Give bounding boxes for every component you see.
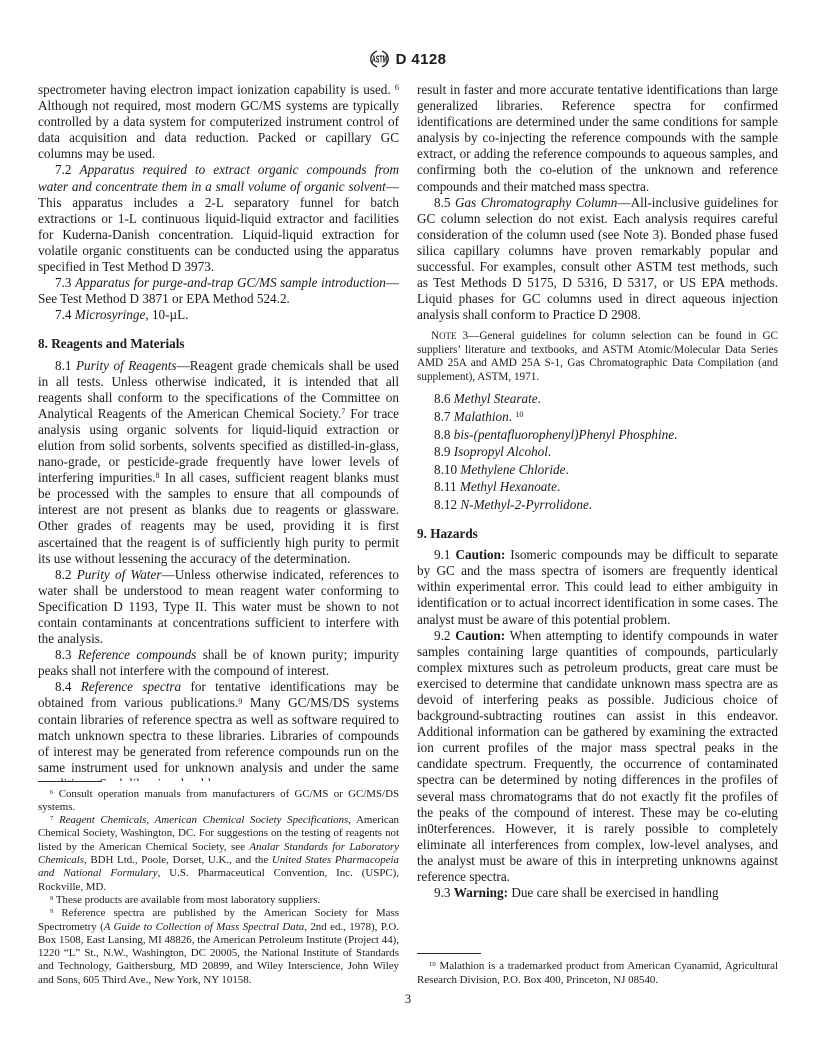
text-run: OTE [439, 331, 456, 341]
para-8-1: 8.1 Purity of Reagents—Reagent grade che… [38, 358, 399, 567]
doc-number: D 4128 [396, 51, 447, 68]
footnote-8: 8 These products are available from most… [38, 894, 399, 907]
two-column-body: spectrometer having electron impact ioni… [0, 68, 816, 987]
text-run: . [538, 391, 541, 406]
para-8-7: 8.7 Malathion. 10 [417, 409, 778, 425]
text-run: Methyl Stearate [454, 391, 538, 406]
text-run: 6 [395, 83, 399, 92]
left-column: spectrometer having electron impact ioni… [38, 82, 399, 987]
text-run: 8.3 [55, 647, 78, 662]
heading-section-8: 8. Reagents and Materials [38, 336, 399, 352]
text-run: Reference compounds [78, 647, 197, 662]
para-7-4: 7.4 Microsyringe, 10-µL. [38, 307, 399, 323]
text-run: 8. Reagents and Materials [38, 336, 185, 351]
text-run: 6 [50, 789, 53, 796]
text-run: 9.2 [434, 628, 455, 643]
text-run: . [557, 479, 560, 494]
text-run: Apparatus required to extract organic co… [38, 162, 399, 193]
right-footnotes: 10 Malathion is a trademarked product fr… [417, 953, 778, 987]
footnote-rule [417, 953, 481, 954]
para-8-6: 8.6 Methyl Stearate. [417, 391, 778, 407]
para-9-3: 9.3 Warning: Due care shall be exercised… [417, 885, 778, 901]
text-run: Methyl Hexanoate [460, 479, 557, 494]
text-run: Reference spectra [81, 679, 181, 694]
text-run: result in faster and more accurate tenta… [417, 82, 778, 194]
text-run: 8.1 [55, 358, 76, 373]
footnote-rule [38, 781, 102, 782]
text-run: 8.2 [55, 567, 77, 582]
text-run: Purity of Reagents [76, 358, 177, 373]
document-page: ASTM D 4128 spectrometer having electron… [0, 0, 816, 1056]
astm-logo-icon: ASTM [370, 50, 389, 68]
para-7-1-cont: spectrometer having electron impact ioni… [38, 82, 399, 162]
text-run: . [589, 497, 592, 512]
para-8-4: 8.4 Reference spectra for tentative iden… [38, 679, 399, 792]
text-run: Isopropyl Alcohol [454, 444, 548, 459]
text-run: 9.3 [434, 885, 454, 900]
text-run: 7.2 [55, 162, 80, 177]
text-run: . [548, 444, 551, 459]
text-run: spectrometer having electron impact ioni… [38, 82, 395, 97]
text-run: Apparatus for purge-and-trap GC/MS sampl… [75, 275, 386, 290]
heading-section-9: 9. Hazards [417, 526, 778, 542]
text-run: Malathion [454, 409, 509, 424]
text-run: 9. Hazards [417, 526, 478, 541]
text-run: Malathion is a trademarked product from … [417, 960, 778, 985]
text-run: Due care shall be exercised in handling [508, 885, 719, 900]
text-run: 3—General guidelines for column selectio… [417, 330, 778, 383]
text-run: 10 [515, 410, 523, 419]
text-run: 8.5 [434, 195, 455, 210]
text-run: 8 [50, 895, 53, 902]
text-run: When attempting to identify compounds in… [417, 628, 778, 884]
text-run: A Guide to Collection of Mass Spectral D… [104, 921, 304, 933]
footnote-6: 6 Consult operation manuals from manufac… [38, 788, 399, 815]
text-run: Caution: [455, 628, 505, 643]
text-run: Although not required, most modern GC/MS… [38, 98, 399, 161]
text-run: 8 [156, 471, 160, 480]
para-8-4-cont: result in faster and more accurate tenta… [417, 82, 778, 195]
footnote-9: 9 Reference spectra are published by the… [38, 907, 399, 987]
text-run: Reagent Chemicals, American Chemical Soc… [59, 814, 348, 826]
para-8-9: 8.9 Isopropyl Alcohol. [417, 444, 778, 460]
para-8-5: 8.5 Gas Chromatography Column—All-inclus… [417, 195, 778, 324]
text-run: 10 [429, 961, 436, 968]
note-3: NOTE 3—General guidelines for column sel… [417, 330, 778, 384]
text-run: , 10-µL. [145, 307, 188, 322]
para-8-3: 8.3 Reference compounds shall be of know… [38, 647, 399, 679]
para-8-11: 8.11 Methyl Hexanoate. [417, 479, 778, 495]
text-run: Warning: [454, 885, 508, 900]
text-run: Gas Chromatography Column [455, 195, 617, 210]
text-run: 7 [50, 815, 53, 822]
text-run: 8.8 [434, 427, 454, 442]
page-number: 3 [0, 992, 816, 1007]
footnote-10: 10 Malathion is a trademarked product fr… [417, 960, 778, 987]
text-run: These products are available from most l… [53, 894, 320, 906]
text-run: . [674, 427, 677, 442]
footnote-7: 7 Reagent Chemicals, American Chemical S… [38, 814, 399, 894]
text-run: 7 [341, 407, 345, 416]
right-column: result in faster and more accurate tenta… [417, 82, 778, 987]
text-run: Methylene Chloride [460, 462, 565, 477]
text-run: N-Methyl-2-Pyrrolidone [460, 497, 588, 512]
text-run: 9 [238, 697, 242, 706]
left-footnotes: 6 Consult operation manuals from manufac… [38, 781, 399, 987]
text-run: Microsyringe [75, 307, 146, 322]
para-7-2: 7.2 Apparatus required to extract organi… [38, 162, 399, 275]
text-run: 8.9 [434, 444, 454, 459]
text-run: 8.4 [55, 679, 81, 694]
text-run: Caution: [455, 547, 505, 562]
text-run: 9 [50, 908, 53, 915]
text-run: bis-(pentafluorophenyl)Phenyl Phosphine [454, 427, 674, 442]
para-9-2: 9.2 Caution: When attempting to identify… [417, 628, 778, 886]
text-run: 8.12 [434, 497, 460, 512]
svg-text:ASTM: ASTM [371, 54, 387, 65]
text-run: 8.6 [434, 391, 454, 406]
para-9-1: 9.1 Caution: Isomeric compounds may be d… [417, 547, 778, 627]
text-run: 7.3 [55, 275, 75, 290]
text-run: 8.7 [434, 409, 454, 424]
para-8-8: 8.8 bis-(pentafluorophenyl)Phenyl Phosph… [417, 427, 778, 443]
para-8-10: 8.10 Methylene Chloride. [417, 462, 778, 478]
text-run: . [565, 462, 568, 477]
para-7-3: 7.3 Apparatus for purge-and-trap GC/MS s… [38, 275, 399, 307]
text-run: Purity of Water [77, 567, 162, 582]
text-run: —All-inclusive guidelines for GC column … [417, 195, 778, 323]
para-8-12: 8.12 N-Methyl-2-Pyrrolidone. [417, 497, 778, 513]
text-run: 8.10 [434, 462, 460, 477]
text-run: , BDH Ltd., Poole, Dorset, U.K., and the [84, 854, 272, 866]
text-run: 8.11 [434, 479, 460, 494]
text-run: Consult operation manuals from manufactu… [38, 788, 399, 813]
text-run: 7.4 [55, 307, 75, 322]
text-run: 9.1 [434, 547, 455, 562]
para-8-2: 8.2 Purity of Water—Unless otherwise ind… [38, 567, 399, 647]
text-run: N [431, 330, 439, 342]
doc-header: ASTM D 4128 [0, 0, 816, 68]
